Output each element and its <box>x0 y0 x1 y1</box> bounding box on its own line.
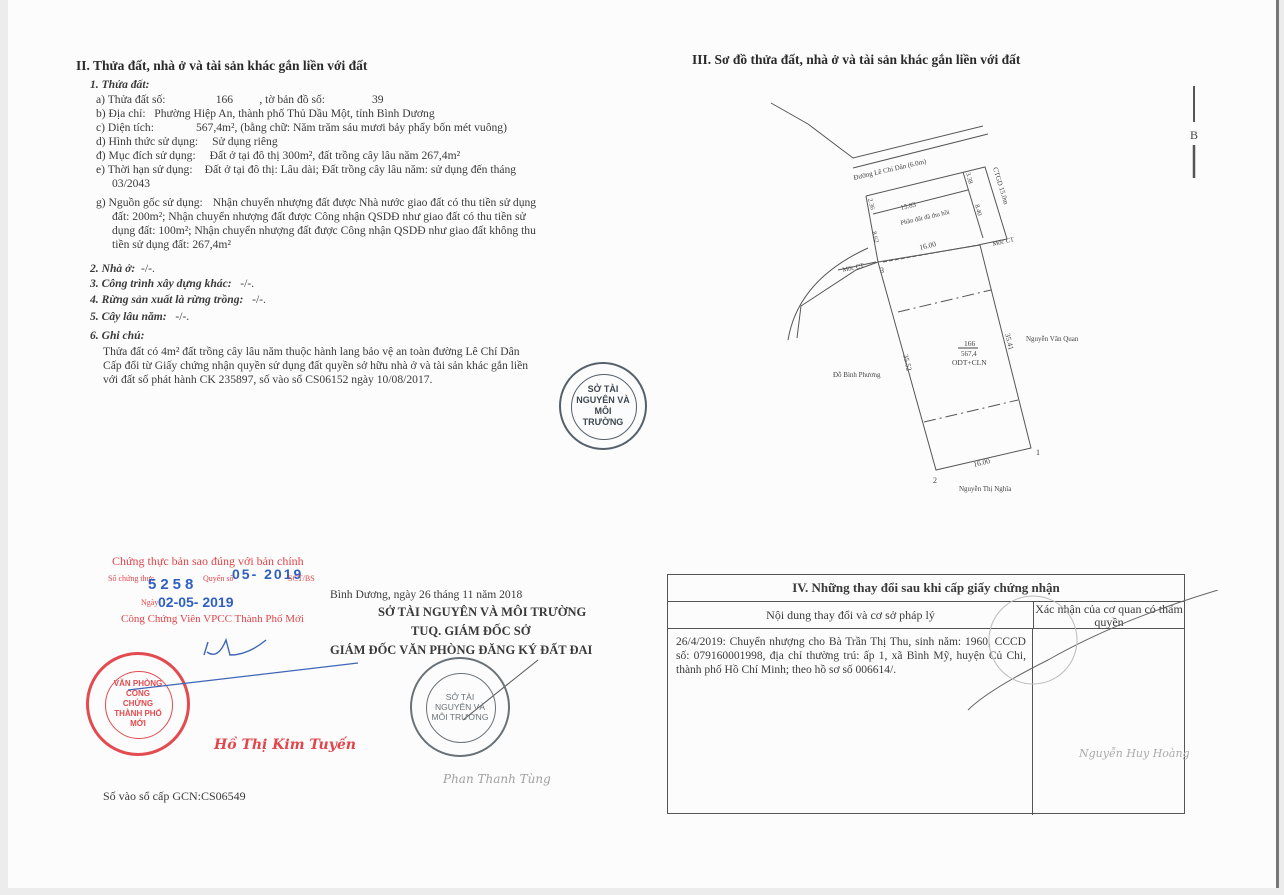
certificate-page: II. Thửa đất, nhà ở và tài sản khác gắn … <box>8 0 1279 888</box>
register-number: Số vào sổ cấp GCN:CS06549 <box>103 789 246 804</box>
confirmation-signer: Nguyễn Huy Hoàng <box>1079 747 1190 760</box>
tuq-label: TUQ. GIÁM ĐỐC SỞ <box>411 624 530 639</box>
bottom-dim: 16.00 <box>972 456 991 469</box>
left-side-dim: 35.52 <box>901 353 914 372</box>
dim-left-mid: 8.62 <box>870 231 880 244</box>
point-2: 2 <box>933 476 937 485</box>
land-office-stamp: SỞ TÀI NGUYÊN VÀ MÔI TRƯỜNG <box>410 657 510 757</box>
dim-left-top: 2.36 <box>866 198 876 212</box>
neighbor-left: Đỗ Bình Phương <box>833 371 881 379</box>
place-date: Bình Dương, ngày 26 tháng 11 năm 2018 <box>330 588 522 603</box>
corridor-label: CTGD 15.0m <box>991 166 1010 206</box>
dim-right-mid: 8.40 <box>973 204 983 217</box>
neighbor-bottom: Nguyễn Thị Nghĩa <box>959 485 1012 493</box>
road-label: Đường Lê Chí Dân (6.0m) <box>853 157 928 182</box>
top-edge-dim: 15.83 <box>900 200 918 211</box>
director-title: GIÁM ĐỐC VĂN PHÒNG ĐĂNG KÝ ĐẤT ĐAI <box>330 643 592 658</box>
parcel-use-label: ODT+CLN <box>952 358 987 367</box>
point-3: 3 <box>880 266 884 275</box>
recovered-area-label: Phần đất đã thu hồi <box>900 209 951 227</box>
notary-signer-name: Hồ Thị Kim Tuyến <box>214 737 356 753</box>
north-label: B <box>1190 128 1198 142</box>
confirmation-signature-stroke <box>648 590 1248 740</box>
director-signer-name: Phan Thanh Tùng <box>443 772 551 786</box>
dim-right-top: 3.38 <box>964 172 974 185</box>
marker-right: Mốc CT <box>992 236 1015 248</box>
parcel-number-label: 166 <box>964 339 976 348</box>
neighbor-right: Nguyễn Văn Quan <box>1026 335 1079 343</box>
top-width-dim: 16.00 <box>918 239 937 252</box>
parcel-area-label: 567,4 <box>961 350 977 358</box>
signature-strokes <box>8 0 708 800</box>
issuing-org: SỞ TÀI NGUYÊN VÀ MÔI TRƯỜNG <box>378 605 586 620</box>
point-1: 1 <box>1036 448 1040 457</box>
right-side-dim: 35.41 <box>1003 332 1016 351</box>
